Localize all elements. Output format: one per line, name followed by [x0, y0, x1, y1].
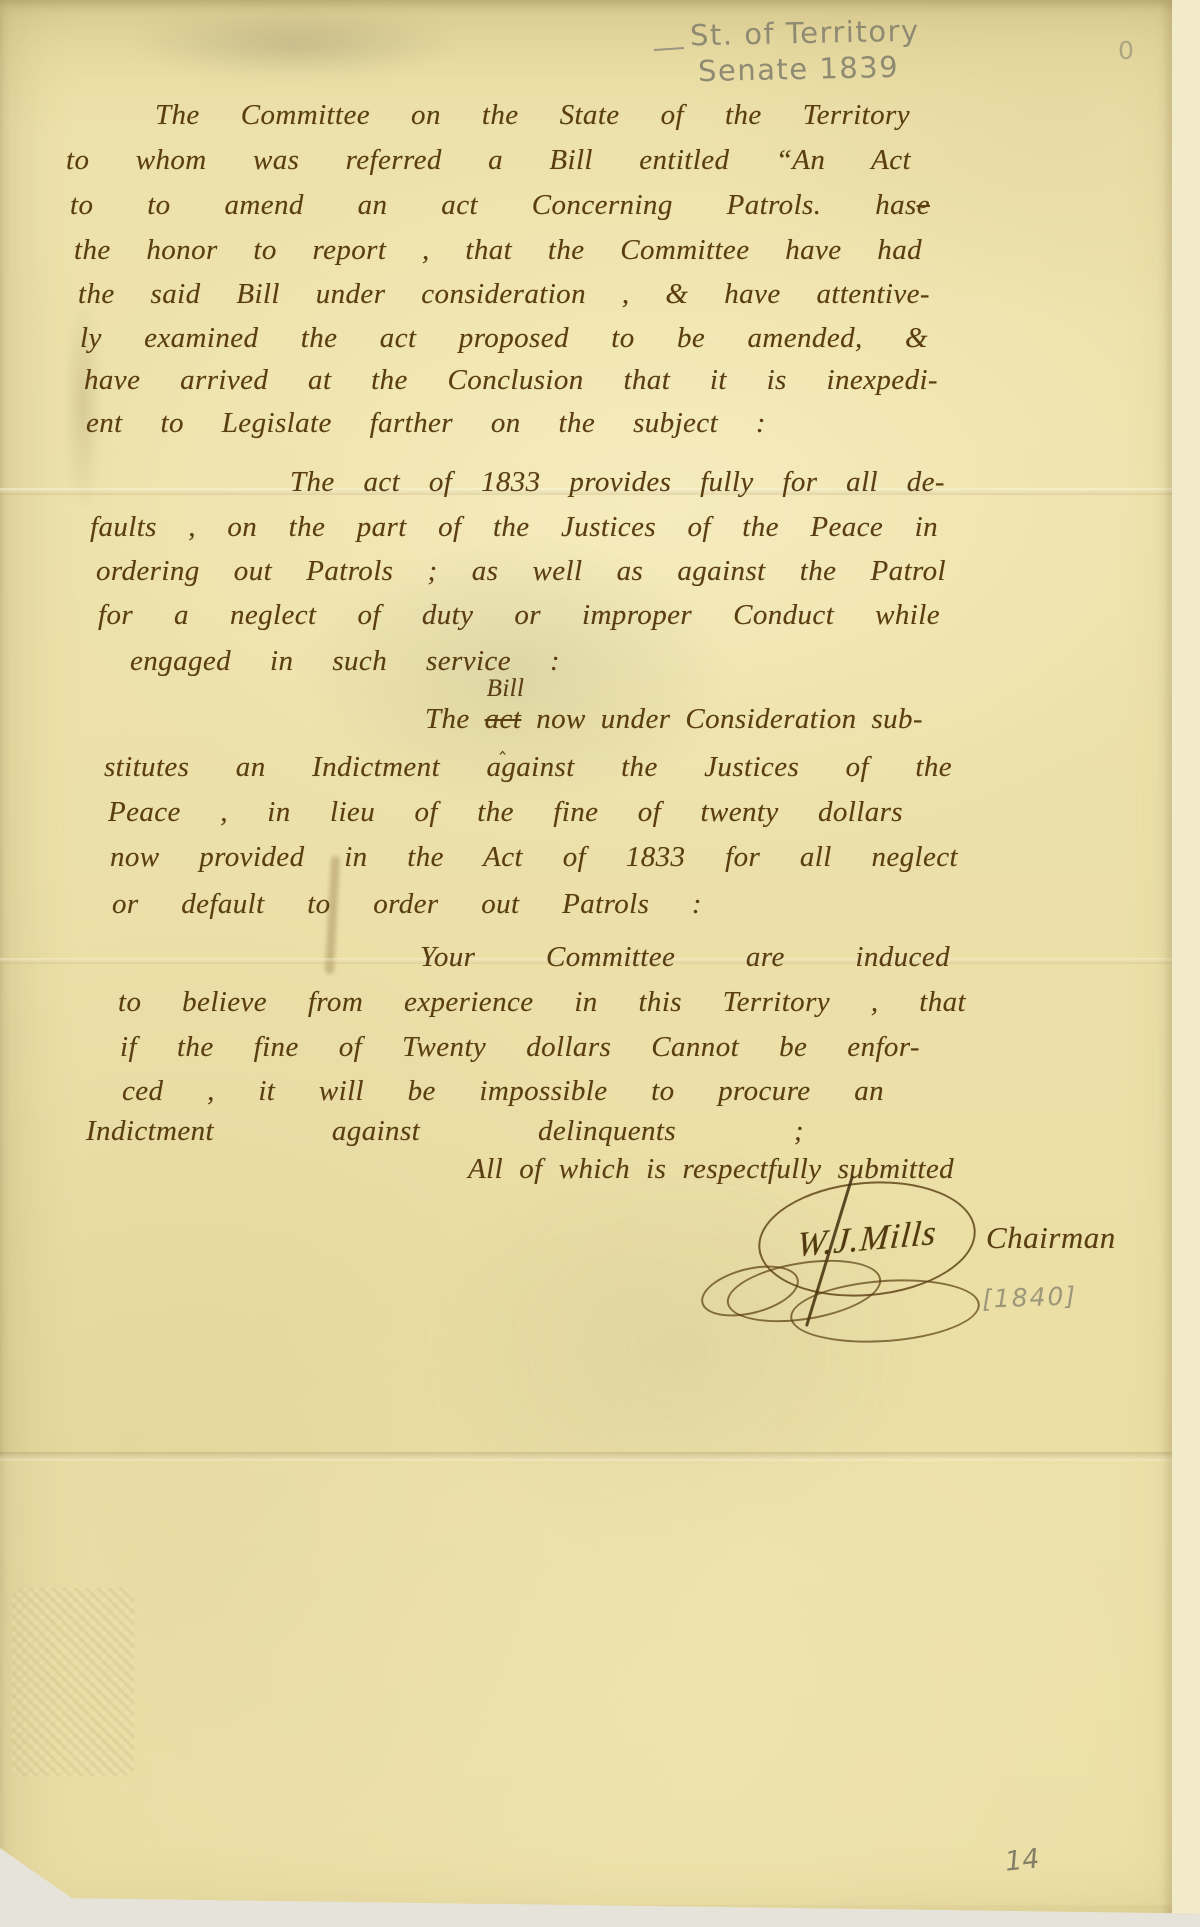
manuscript-line: ordering out Patrols ; as well as agains…	[96, 552, 946, 590]
lower-leaf-shading	[0, 1461, 1200, 1905]
underlying-sheet-edge	[1172, 0, 1200, 1927]
manuscript-line: the honor to report , that the Committee…	[74, 231, 922, 269]
pencil-annotation-classification: St. of Territory	[690, 14, 920, 53]
paper-stain	[130, 8, 460, 78]
inserted-word: Bill	[487, 676, 525, 702]
line-rest: now under Consideration sub-	[536, 703, 923, 735]
manuscript-line: the said Bill under consideration , & ha…	[78, 275, 930, 313]
line-lead: The	[425, 703, 470, 735]
manuscript-line: Your Committee are induced	[420, 938, 950, 976]
manuscript-line: if the fine of Twenty dollars Cannot be …	[120, 1028, 920, 1066]
page-number: 14	[1003, 1843, 1040, 1877]
pencil-dash-mark	[654, 47, 684, 51]
manuscript-line: Peace , in lieu of the fine of twenty do…	[108, 793, 903, 831]
pencil-annotation-year: Senate 1839	[698, 50, 900, 88]
manuscript-line: to whom was referred a Bill entitled “An…	[66, 141, 911, 179]
signature-name: W.J.Mills	[796, 1213, 939, 1266]
manuscript-line-with-edit: The actBill‸ now under Consideration sub…	[425, 700, 923, 738]
manuscript-line: The Committee on the State of the Territ…	[155, 96, 910, 134]
manuscript-line: now provided in the Act of 1833 for all …	[110, 838, 958, 876]
document-scan: St. of Territory Senate 1839 0 The Commi…	[0, 0, 1200, 1927]
manuscript-line: stitutes an Indictment against the Justi…	[104, 748, 952, 786]
manuscript-line: or default to order out Patrols :	[112, 885, 702, 923]
fabric-texture-patch	[12, 1588, 134, 1776]
fold-crease	[0, 1452, 1200, 1461]
manuscript-line: ly examined the act proposed to be amend…	[80, 319, 928, 357]
manuscript-line: to to amend an act Concerning Patrols. h…	[70, 186, 930, 224]
manuscript-line: The act of 1833 provides fully for all d…	[290, 463, 945, 501]
manuscript-line: faults , on the part of the Justices of …	[90, 508, 938, 546]
struck-letters: e	[917, 189, 930, 221]
signature-title: Chairman	[986, 1220, 1116, 1256]
manuscript-line: have arrived at the Conclusion that it i…	[84, 361, 938, 399]
manuscript-line: ced , it will be impossible to procure a…	[122, 1072, 884, 1110]
pencil-corner-digit: 0	[1118, 36, 1134, 65]
manuscript-line: for a neglect of duty or improper Conduc…	[98, 596, 940, 634]
manuscript-line: to believe from experience in this Terri…	[118, 983, 966, 1021]
manuscript-page: St. of Territory Senate 1839 0 The Commi…	[0, 0, 1200, 1927]
manuscript-line: Indictment against delinquents ;	[86, 1112, 804, 1150]
struck-word: actBill‸	[485, 703, 522, 735]
pencil-date-note: [1840]	[982, 1281, 1078, 1313]
manuscript-line: ent to Legislate farther on the subject …	[86, 404, 766, 442]
